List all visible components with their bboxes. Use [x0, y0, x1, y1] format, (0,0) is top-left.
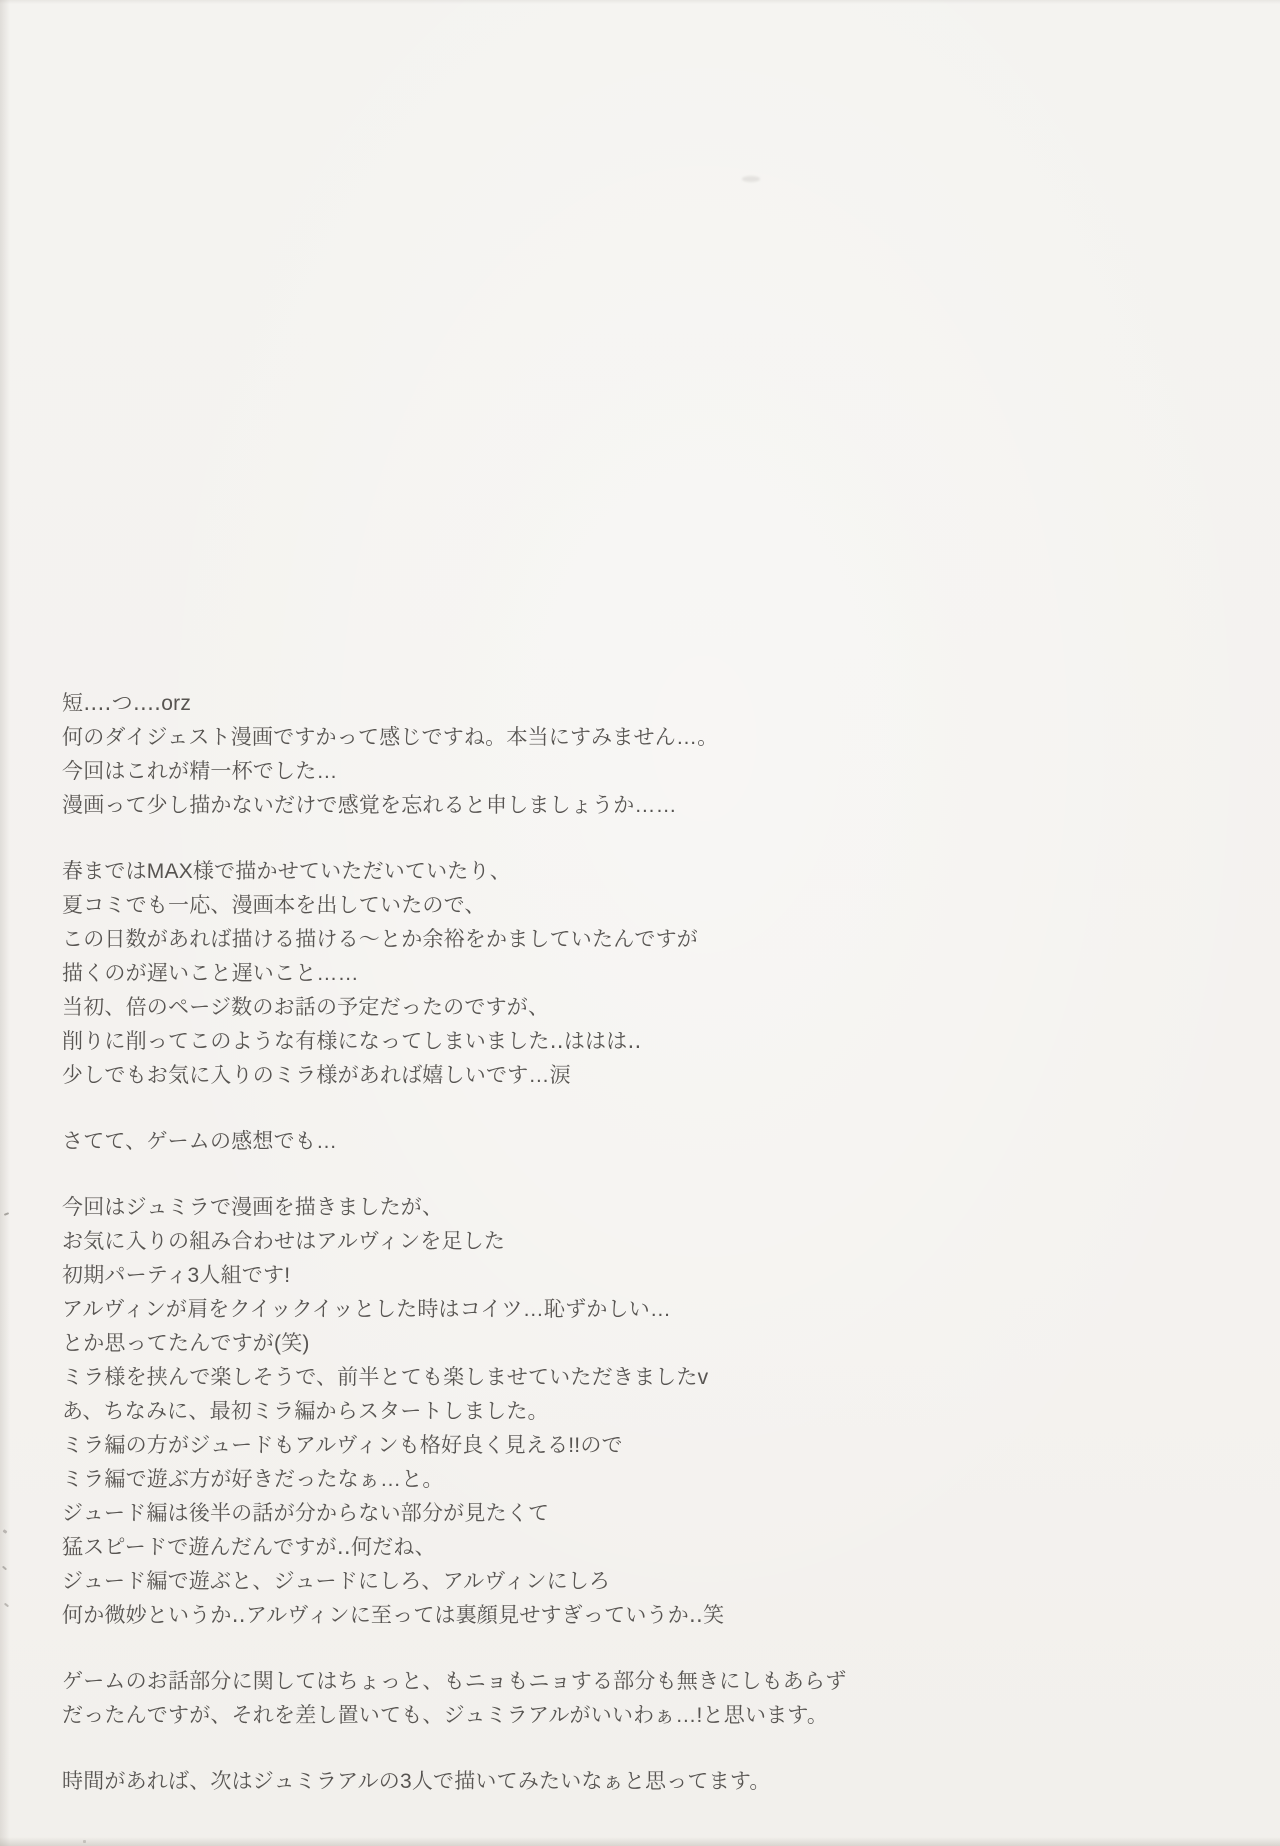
afterword-paragraph: 春まではMAX様で描かせていただいていたり、夏コミでも一応、漫画本を出していたの… [62, 855, 1212, 1093]
afterword-line: 初期パーティ3人組です! [62, 1259, 1212, 1293]
afterword-paragraph: ゲームのお話部分に関してはちょっと、もニョもニョする部分も無きにしもあらずだった… [62, 1665, 1212, 1733]
scan-speck [83, 1840, 86, 1843]
afterword-line: 時間があれば、次はジュミラアルの3人で描いてみたいなぁと思ってます。 [62, 1765, 1212, 1799]
afterword-line: 漫画って少し描かないだけで感覚を忘れると申しましょうか…… [62, 789, 1212, 823]
afterword-line: 春まではMAX様で描かせていただいていたり、 [62, 855, 1212, 889]
afterword-line: 当初、倍のページ数のお話の予定だったのですが、 [62, 991, 1212, 1025]
afterword-text: 短‥‥つ‥‥orz何のダイジェスト漫画ですかって感じですね。本当にすみません…。… [62, 687, 1212, 1831]
afterword-paragraph: さてて、ゲームの感想でも… [62, 1125, 1212, 1159]
scan-smudge [742, 176, 760, 182]
afterword-line: アルヴィンが肩をクイックイッとした時はコイツ…恥ずかしい… [62, 1293, 1212, 1327]
afterword-line: 描くのが遅いこと遅いこと…… [62, 957, 1212, 991]
scan-edge-bottom [0, 1837, 1280, 1846]
afterword-line: お気に入りの組み合わせはアルヴィンを足した [62, 1225, 1212, 1259]
afterword-line: 今回はジュミラで漫画を描きましたが、 [62, 1191, 1212, 1225]
afterword-paragraph: 時間があれば、次はジュミラアルの3人で描いてみたいなぁと思ってます。 [62, 1765, 1212, 1799]
afterword-line: この日数があれば描ける描ける〜とか余裕をかましていたんですが [62, 923, 1212, 957]
afterword-line: ジュード編は後半の話が分からない部分が見たくて [62, 1497, 1212, 1531]
scanned-afterword-page: 短‥‥つ‥‥orz何のダイジェスト漫画ですかって感じですね。本当にすみません…。… [0, 0, 1280, 1846]
afterword-line: だったんですが、それを差し置いても、ジュミラアルがいいわぁ…!と思います。 [62, 1699, 1212, 1733]
afterword-line: とか思ってたんですが(笑) [62, 1327, 1212, 1361]
afterword-line: 短‥‥つ‥‥orz [62, 687, 1212, 721]
afterword-line: 夏コミでも一応、漫画本を出していたので、 [62, 889, 1212, 923]
afterword-line: ゲームのお話部分に関してはちょっと、もニョもニョする部分も無きにしもあらず [62, 1665, 1212, 1699]
afterword-line: 少しでもお気に入りのミラ様があれば嬉しいです…涙 [62, 1059, 1212, 1093]
afterword-line: ミラ編で遊ぶ方が好きだったなぁ…と。 [62, 1463, 1212, 1497]
afterword-line: ジュード編で遊ぶと、ジュードにしろ、アルヴィンにしろ [62, 1565, 1212, 1599]
afterword-line: ミラ編の方がジュードもアルヴィンも格好良く見える!!ので [62, 1429, 1212, 1463]
afterword-line: さてて、ゲームの感想でも… [62, 1125, 1212, 1159]
scan-edge-top [0, 0, 1280, 4]
afterword-paragraph: 短‥‥つ‥‥orz何のダイジェスト漫画ですかって感じですね。本当にすみません…。… [62, 687, 1212, 823]
afterword-paragraph: 今回はジュミラで漫画を描きましたが、お気に入りの組み合わせはアルヴィンを足した初… [62, 1191, 1212, 1633]
afterword-line: あ、ちなみに、最初ミラ編からスタートしました。 [62, 1395, 1212, 1429]
afterword-line: 何のダイジェスト漫画ですかって感じですね。本当にすみません…。 [62, 721, 1212, 755]
afterword-line: 削りに削ってこのような有様になってしまいました‥ははは‥ [62, 1025, 1212, 1059]
afterword-line: 今回はこれが精一杯でした… [62, 755, 1212, 789]
afterword-line: ミラ様を挟んで楽しそうで、前半とても楽しませていただきましたv [62, 1361, 1212, 1395]
afterword-line: 何か微妙というか‥アルヴィンに至っては裏顔見せすぎっていうか‥笑 [62, 1599, 1212, 1633]
afterword-line: 猛スピードで遊んだんですが‥何だね、 [62, 1531, 1212, 1565]
